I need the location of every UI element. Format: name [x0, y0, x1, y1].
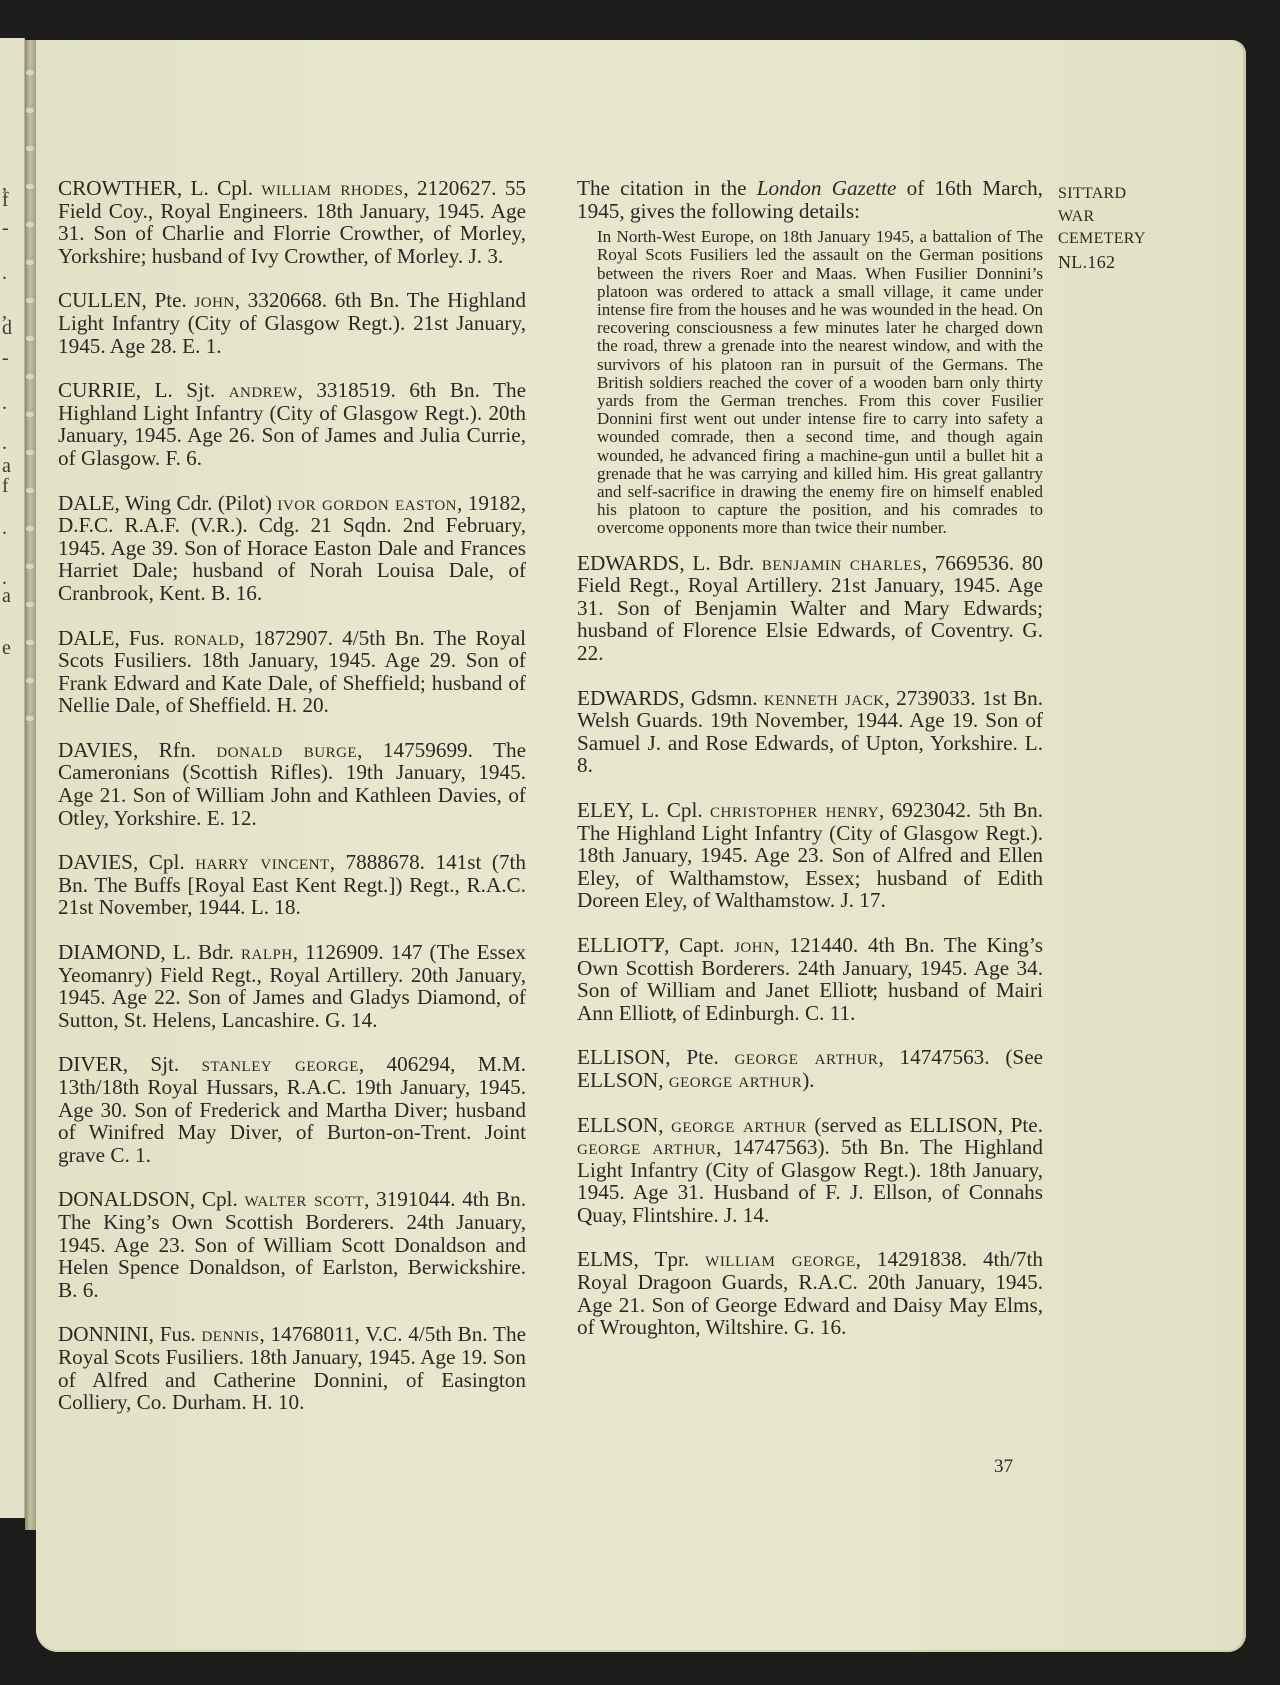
binding-stitch: [26, 146, 34, 151]
handwritten-strikethrough: T: [651, 934, 664, 957]
cemetery-name-line: WAR: [1058, 206, 1178, 229]
forenames: christopher henry: [710, 798, 879, 822]
cemetery-name-line: CEMETERY: [1058, 228, 1178, 251]
forenames: john: [734, 933, 774, 957]
binding-stitch: [26, 336, 34, 341]
entry-details: , 14747563. (See: [878, 1045, 1043, 1069]
binding-stitch: [26, 222, 34, 227]
surname: DONALDSON,: [58, 1187, 195, 1211]
surname: ELLSON,: [577, 1113, 664, 1137]
binding-stitch: [26, 526, 34, 531]
entry-details: (served as ELLISON, Pte.: [807, 1113, 1043, 1137]
prev-page-fragment: f: [2, 476, 9, 496]
right-column: The citation in the London Gazette of 16…: [577, 177, 1043, 1361]
surname: ELLISON,: [577, 1045, 671, 1069]
casualty-entry: DONALDSON, Cpl. walter scott, 3191044. 4…: [58, 1188, 526, 1301]
forenames: benjamin charles: [762, 551, 922, 575]
forenames: andrew: [229, 378, 298, 402]
casualty-entry: EDWARDS, L. Bdr. benjamin charles, 76695…: [577, 552, 1043, 665]
handwritten-strikethrough: t: [866, 979, 872, 1002]
surname: DONNINI,: [58, 1322, 154, 1346]
surname: EDWARDS,: [577, 686, 685, 710]
binding-stitch: [26, 108, 34, 113]
forenames: george arthur: [577, 1135, 716, 1159]
rank: L. Bdr.: [692, 551, 754, 575]
prev-page-fragment: .: [2, 393, 7, 413]
rank: Tpr.: [654, 1247, 689, 1271]
surname: CULLEN,: [58, 288, 147, 312]
surname: DALE,: [58, 626, 120, 650]
casualty-entry: ELLSON, george arthur (served as ELLISON…: [577, 1114, 1043, 1227]
binding-stitch: [26, 298, 34, 303]
casualty-entry: EDWARDS, Gdsmn. kenneth jack, 2739033. 1…: [577, 687, 1043, 777]
gazette-title: London Gazette: [757, 176, 897, 200]
page-number: 37: [994, 1456, 1013, 1478]
binding-stitch: [26, 564, 34, 569]
rank: L. Cpl.: [191, 176, 254, 200]
prev-page-fragment: e: [2, 638, 11, 658]
forenames: kenneth jack: [764, 686, 885, 710]
rank: L. Sjt.: [155, 378, 216, 402]
rank: Fus.: [129, 626, 165, 650]
rank: Wing Cdr. (Pilot): [125, 491, 272, 515]
casualty-entry: ELEY, L. Cpl. christopher henry, 6923042…: [577, 799, 1043, 912]
entry-details: , of Edinburgh. C. 11.: [672, 1001, 856, 1025]
entry-details: ).: [802, 1068, 814, 1092]
binding-stitch: [26, 450, 34, 455]
binding-stitch: [26, 260, 34, 265]
forenames: donald burge: [216, 738, 357, 762]
rank: Gdsmn.: [691, 686, 758, 710]
surname: DIAMOND,: [58, 940, 166, 964]
surname: ELLIOT: [577, 933, 651, 957]
surname-punct: ,: [664, 933, 669, 957]
casualty-entry: CROWTHER, L. Cpl. william rhodes, 212062…: [58, 177, 526, 267]
cemetery-name-line: SITTARD: [1058, 183, 1178, 206]
casualty-entry: CURRIE, L. Sjt. andrew, 3318519. 6th Bn.…: [58, 379, 526, 469]
surname: ELMS,: [577, 1247, 639, 1271]
binding-stitch: [26, 716, 34, 721]
rank: Rfn.: [159, 738, 196, 762]
vc-citation: In North-West Europe, on 18th January 19…: [597, 228, 1043, 537]
casualty-entry: ELLIOTT, Capt. john, 121440. 4th Bn. The…: [577, 934, 1043, 1024]
casualty-entry: ELLISON, Pte. george arthur, 14747563. (…: [577, 1046, 1043, 1091]
casualty-entry: ELMS, Tpr. william george, 14291838. 4th…: [577, 1248, 1043, 1338]
rank: Pte.: [154, 288, 186, 312]
forenames: stanley george: [202, 1052, 359, 1076]
casualty-entry: DAVIES, Cpl. harry vincent, 7888678. 141…: [58, 851, 526, 919]
rank: Fus.: [160, 1322, 196, 1346]
prev-page-fragment: .: [2, 263, 7, 283]
rank: Sjt.: [150, 1052, 179, 1076]
forenames: george arthur: [735, 1045, 879, 1069]
rank: Cpl.: [149, 850, 185, 874]
binding-stitch: [26, 602, 34, 607]
surname: DAVIES,: [58, 850, 138, 874]
forenames: george arthur: [671, 1113, 807, 1137]
prev-page-fragment: -: [2, 348, 9, 368]
binding-stitch: [26, 184, 34, 189]
casualty-entry: CULLEN, Pte. john, 3320668. 6th Bn. The …: [58, 289, 526, 357]
handwritten-strikethrough: t: [666, 1002, 672, 1025]
cross-reference-surname: ELLSON,: [577, 1068, 664, 1092]
casualty-entry: DALE, Wing Cdr. (Pilot) ivor gordon east…: [58, 492, 526, 605]
forenames: john: [194, 288, 234, 312]
forenames: william george: [705, 1247, 855, 1271]
binding-stitch: [26, 640, 34, 645]
surname: DALE,: [58, 491, 120, 515]
binding-stitch: [26, 488, 34, 493]
binding-stitch: [26, 70, 34, 75]
surname: DAVIES,: [58, 738, 138, 762]
casualty-entry: DIAMOND, L. Bdr. ralph, 1126909. 147 (Th…: [58, 941, 526, 1031]
forenames: harry vincent: [195, 850, 330, 874]
cemetery-reference: NL.162: [1058, 251, 1178, 274]
binding-stitch: [26, 374, 34, 379]
binding-stitch: [26, 412, 34, 417]
citation-intro: The citation in the London Gazette of 16…: [577, 177, 1043, 222]
forenames: dennis: [201, 1322, 259, 1346]
binding-stitch: [26, 678, 34, 683]
casualty-entry: DONNINI, Fus. dennis, 14768011, V.C. 4/5…: [58, 1323, 526, 1413]
forenames: william rhodes: [261, 176, 403, 200]
prev-page-fragment: a: [2, 586, 11, 606]
forenames: ralph: [241, 940, 293, 964]
prev-page-fragment: .: [2, 518, 7, 538]
cemetery-label: SITTARD WAR CEMETERY NL.162: [1058, 183, 1178, 273]
rank: Pte.: [686, 1045, 718, 1069]
casualty-entry: DIVER, Sjt. stanley george, 406294, M.M.…: [58, 1053, 526, 1166]
rank: Cpl.: [202, 1187, 238, 1211]
casualty-entry: DALE, Fus. ronald, 1872907. 4/5th Bn. Th…: [58, 627, 526, 717]
surname: CURRIE,: [58, 378, 141, 402]
prev-page-fragment: .: [2, 433, 7, 453]
register-page: CROWTHER, L. Cpl. william rhodes, 212062…: [36, 40, 1246, 1652]
citation-intro-text: The citation in the: [577, 176, 757, 200]
prev-page-fragment: d: [2, 318, 12, 338]
prev-page-fragment: -: [2, 218, 9, 238]
surname: CROWTHER,: [58, 176, 182, 200]
casualty-entry: DAVIES, Rfn. donald burge, 14759699. The…: [58, 739, 526, 829]
surname: EDWARDS,: [577, 551, 685, 575]
rank: Capt.: [679, 933, 724, 957]
prev-page-fragment: f: [2, 190, 9, 210]
surname: DIVER,: [58, 1052, 128, 1076]
rank: L. Bdr.: [173, 940, 234, 964]
previous-page-edge: , f - . , d - . . a f . . a e: [0, 38, 25, 1518]
rank: L. Cpl.: [641, 798, 703, 822]
cross-reference-forenames: george arthur: [669, 1068, 802, 1092]
forenames: ivor gordon easton: [277, 491, 457, 515]
left-column: CROWTHER, L. Cpl. william rhodes, 212062…: [58, 177, 526, 1436]
prev-page-fragment: a: [2, 456, 11, 476]
forenames: ronald: [174, 626, 240, 650]
surname: ELEY,: [577, 798, 634, 822]
forenames: walter scott: [244, 1187, 364, 1211]
